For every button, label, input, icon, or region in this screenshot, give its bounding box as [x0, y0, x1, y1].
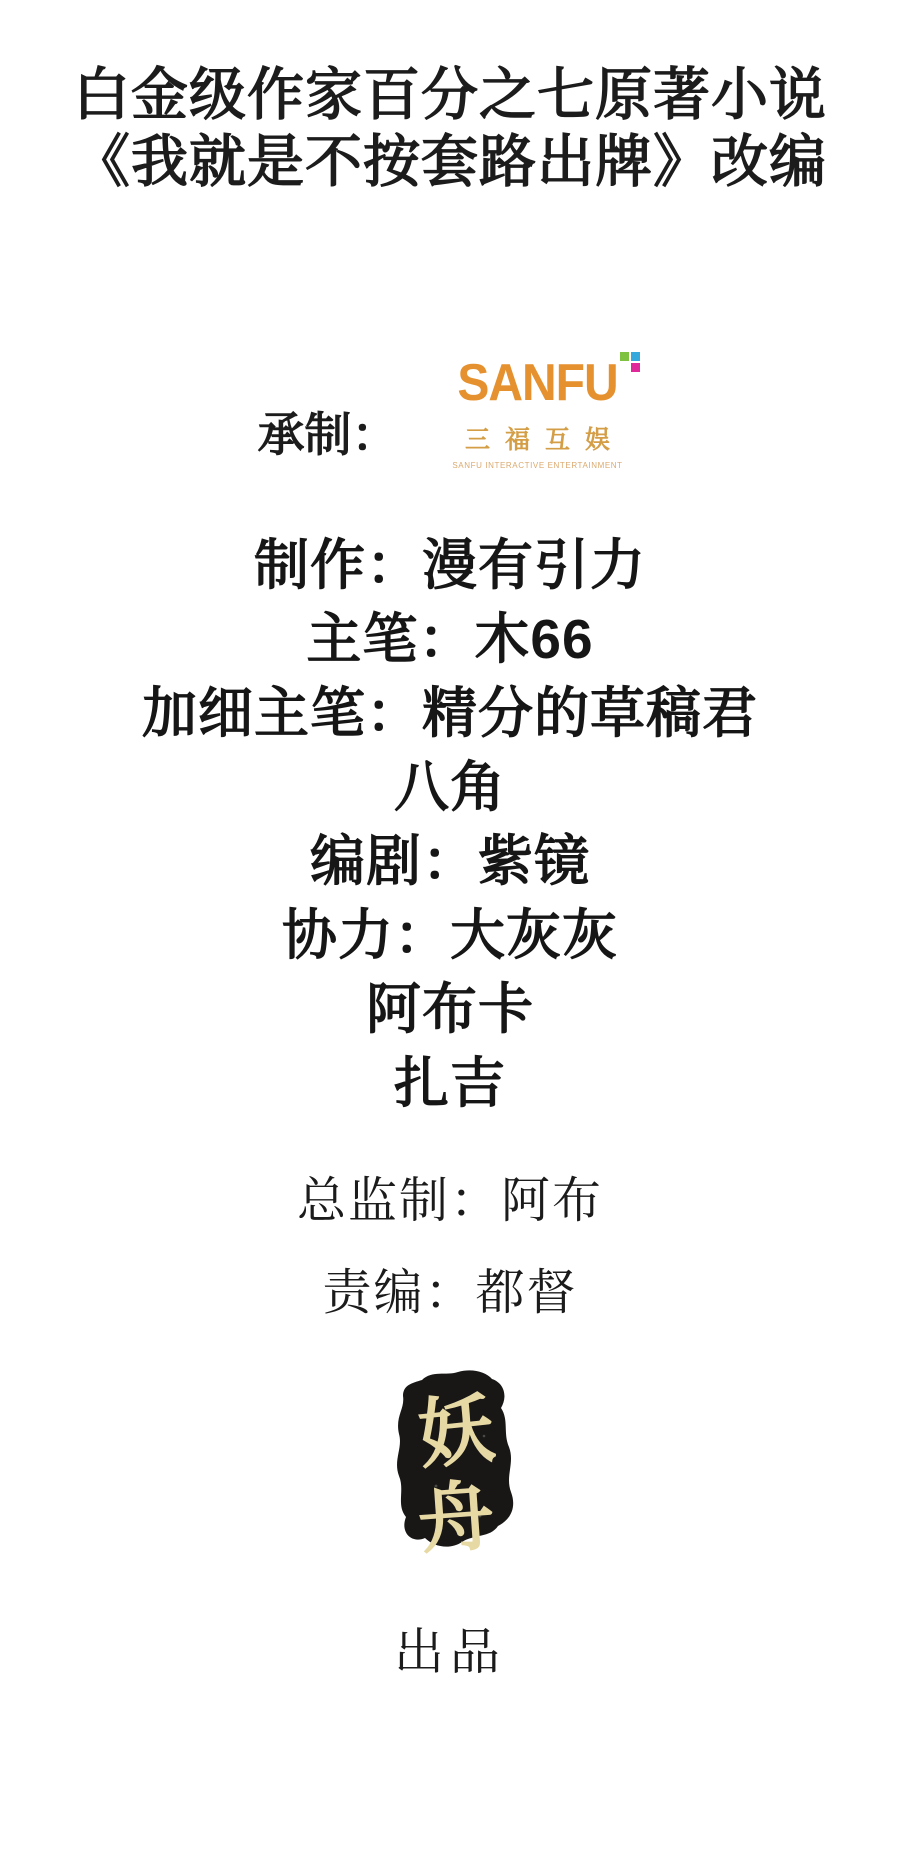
producer-label: 承制： [258, 398, 399, 465]
sanfu-wordmark: SANFU [457, 354, 617, 414]
stamp-character-top: 妖 [414, 1383, 499, 1479]
credit-line: 扎吉 [0, 1046, 900, 1120]
title-line-1: 白金级作家百分之七原著小说 [0, 62, 900, 129]
chief-supervisor-line: 总监制：阿布 [0, 1162, 900, 1232]
sanfu-wordmark-row: SANFU [457, 356, 617, 412]
ink-stamp-icon: 妖 舟 [392, 1366, 520, 1572]
adaptation-title: 白金级作家百分之七原著小说 《我就是不按套路出牌》改编 [0, 62, 900, 196]
publisher-stamp-logo: 妖 舟 [392, 1366, 520, 1572]
sanfu-squares-icon [620, 352, 642, 374]
publisher-label: 出品 [0, 1612, 900, 1684]
credit-line: 主笔：木66 [0, 602, 900, 676]
title-line-2: 《我就是不按套路出牌》改编 [0, 129, 900, 196]
stamp-character-bottom: 舟 [415, 1470, 497, 1564]
sanfu-chinese-name: 三福互娱 [450, 420, 625, 456]
editor-line: 责编：都督 [0, 1254, 900, 1324]
credits-list: 制作：漫有引力 主笔：木66 加细主笔：精分的草稿君 八角 编剧：紫镜 协力：大… [0, 528, 900, 1120]
credit-line: 制作：漫有引力 [0, 528, 900, 602]
credit-line: 协力：大灰灰 [0, 898, 900, 972]
credit-line: 阿布卡 [0, 972, 900, 1046]
sanfu-logo: SANFU 三福互娱 SANFU INTERACTIVE ENTERTAINME… [433, 356, 643, 470]
sanfu-tagline: SANFU INTERACTIVE ENTERTAINMENT [452, 461, 622, 470]
credit-line: 编剧：紫镜 [0, 824, 900, 898]
producer-row: 承制： SANFU 三福互娱 SANFU INTERACTIVE ENTERTA… [0, 356, 900, 470]
credit-line: 加细主笔：精分的草稿君 [0, 676, 900, 750]
credit-line: 八角 [0, 750, 900, 824]
credits-page: 白金级作家百分之七原著小说 《我就是不按套路出牌》改编 承制： SANFU 三福… [0, 0, 900, 1872]
